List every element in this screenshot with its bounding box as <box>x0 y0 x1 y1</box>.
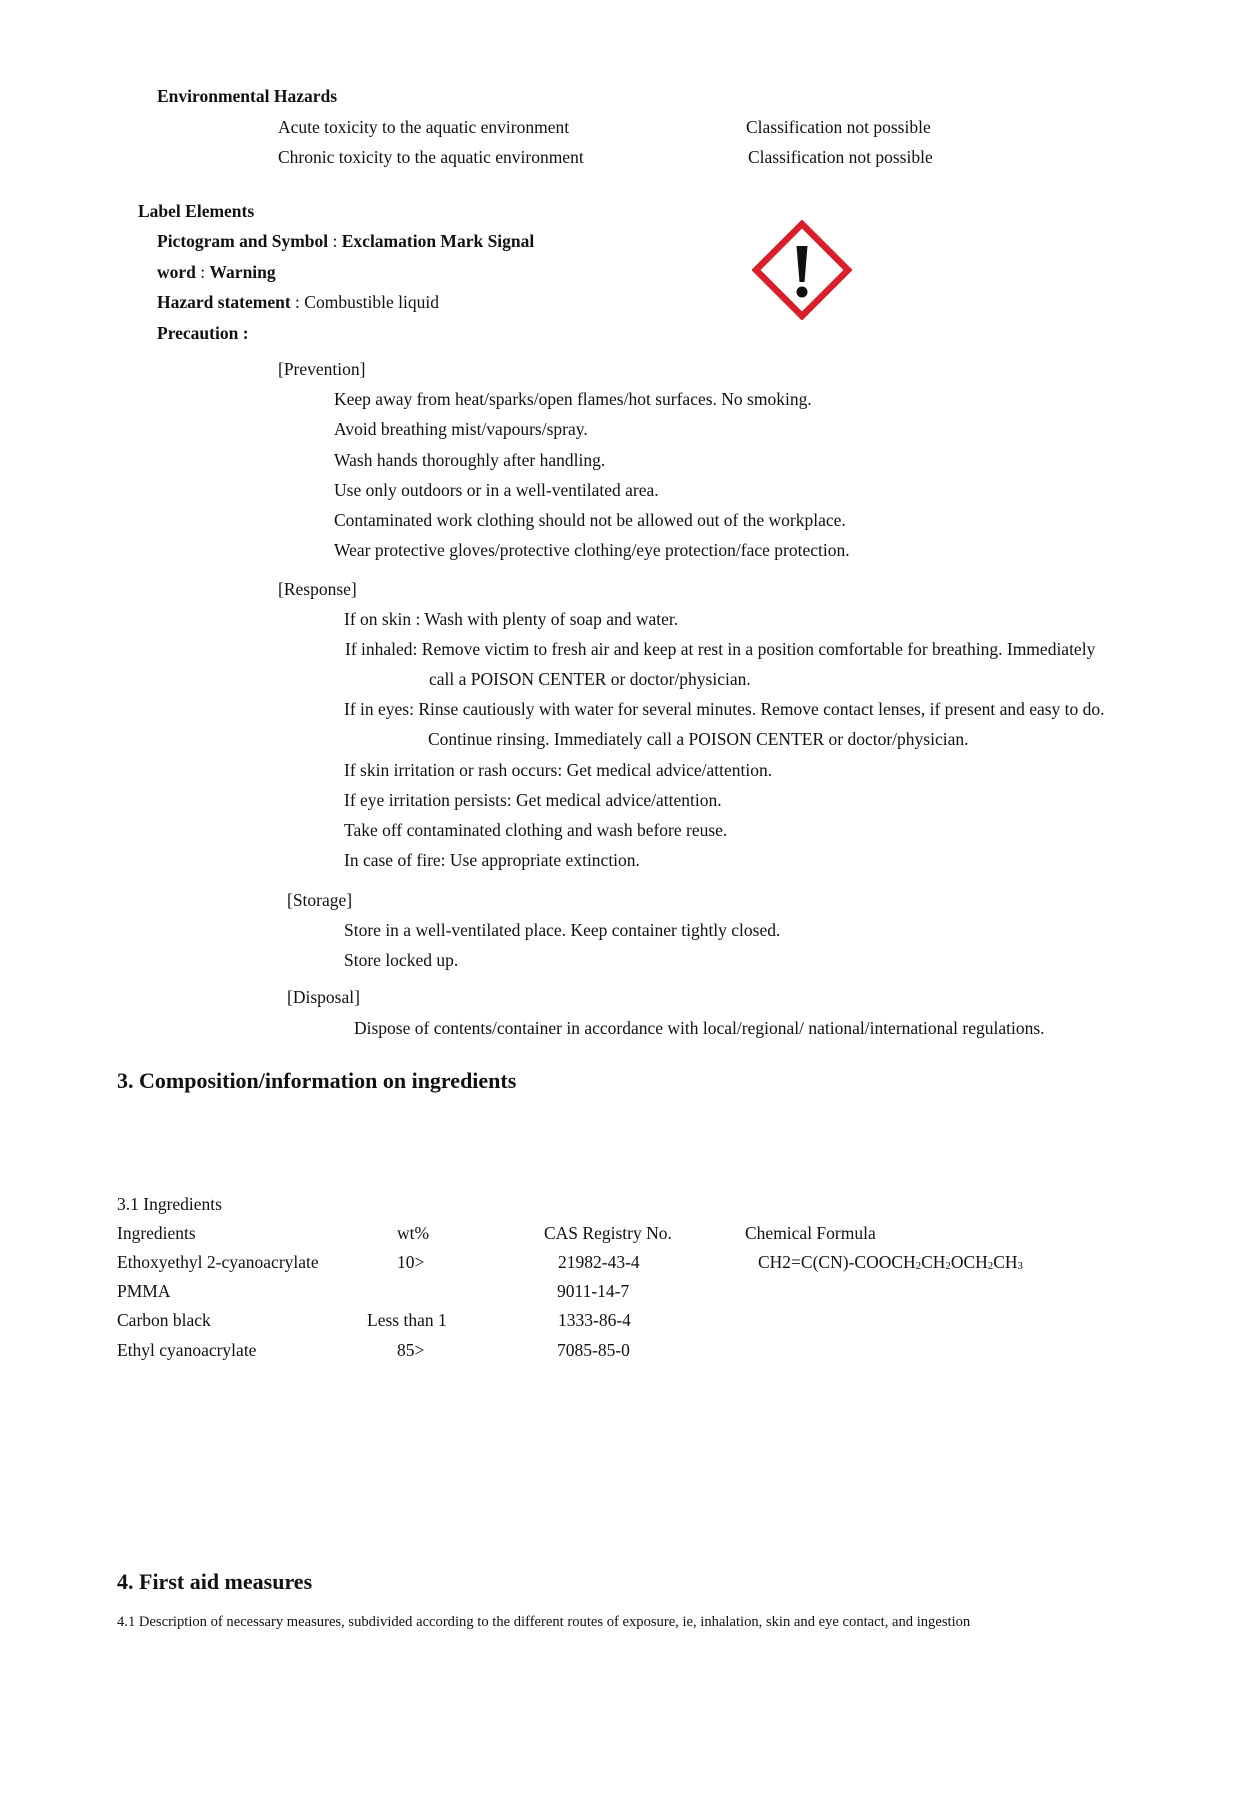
ingredient-wt: 85> <box>397 1342 424 1360</box>
ingredient-name: Carbon black <box>117 1312 211 1330</box>
signal-word-line: word : Warning <box>157 264 276 282</box>
response-item: If inhaled: Remove victim to fresh air a… <box>345 641 1095 659</box>
response-item: Take off contaminated clothing and wash … <box>344 822 727 840</box>
ingredient-cas: 7085-85-0 <box>557 1342 630 1360</box>
response-item: If on skin : Wash with plenty of soap an… <box>344 611 678 629</box>
response-item: Continue rinsing. Immediately call a POI… <box>428 731 968 749</box>
ingredient-formula: CH2=C(CN)-COOCH2CH2OCH2CH3 <box>758 1254 1023 1272</box>
disposal-item: Dispose of contents/container in accorda… <box>354 1020 1045 1038</box>
ingredient-wt: 10> <box>397 1254 424 1272</box>
pictogram-label: Pictogram and Symbol <box>157 231 328 251</box>
prevention-item: Use only outdoors or in a well-ventilate… <box>334 482 659 500</box>
ingredient-name: PMMA <box>117 1283 171 1301</box>
ingredients-subheading: 3.1 Ingredients <box>117 1196 222 1214</box>
column-header-wt: wt% <box>397 1225 429 1243</box>
acute-toxicity-label: Acute toxicity to the aquatic environmen… <box>278 119 569 137</box>
separator: : <box>291 292 305 312</box>
response-item: If in eyes: Rinse cautiously with water … <box>344 701 1105 719</box>
ingredient-name: Ethyl cyanoacrylate <box>117 1342 256 1360</box>
separator: : <box>196 262 210 282</box>
ingredient-cas: 9011-14-7 <box>557 1283 629 1301</box>
chronic-toxicity-label: Chronic toxicity to the aquatic environm… <box>278 149 584 167</box>
hazard-label: Hazard statement <box>157 292 291 312</box>
column-header-formula: Chemical Formula <box>745 1225 876 1243</box>
response-item: In case of fire: Use appropriate extinct… <box>344 852 640 870</box>
hazard-value: Combustible liquid <box>304 292 439 312</box>
acute-toxicity-value: Classification not possible <box>746 119 931 137</box>
ingredient-name: Ethoxyethyl 2-cyanoacrylate <box>117 1254 319 1272</box>
separator: : <box>328 231 342 251</box>
first-aid-description: 4.1 Description of necessary measures, s… <box>117 1615 970 1630</box>
response-item: If skin irritation or rash occurs: Get m… <box>344 762 772 780</box>
signal-value: Warning <box>210 262 276 282</box>
response-item: call a POISON CENTER or doctor/physician… <box>429 671 751 689</box>
section-3-heading: 3. Composition/information on ingredient… <box>117 1070 516 1092</box>
prevention-item: Wash hands thoroughly after handling. <box>334 452 605 470</box>
response-item: If eye irritation persists: Get medical … <box>344 792 722 810</box>
prevention-item: Avoid breathing mist/vapours/spray. <box>334 421 588 439</box>
chronic-toxicity-value: Classification not possible <box>748 149 933 167</box>
hazard-statement-line: Hazard statement : Combustible liquid <box>157 294 439 312</box>
pictogram-value: Exclamation Mark Signal <box>342 231 535 251</box>
storage-heading: [Storage] <box>287 892 352 910</box>
section-4-heading: 4. First aid measures <box>117 1571 312 1593</box>
ingredient-cas: 1333-86-4 <box>558 1312 631 1330</box>
column-header-ingredients: Ingredients <box>117 1225 196 1243</box>
storage-item: Store in a well-ventilated place. Keep c… <box>344 922 780 940</box>
storage-item: Store locked up. <box>344 952 458 970</box>
disposal-heading: [Disposal] <box>287 989 360 1007</box>
column-header-cas: CAS Registry No. <box>544 1225 672 1243</box>
prevention-item: Wear protective gloves/protective clothi… <box>334 542 850 560</box>
precaution-label: Precaution : <box>157 325 249 343</box>
environmental-hazards-heading: Environmental Hazards <box>157 88 337 106</box>
prevention-item: Contaminated work clothing should not be… <box>334 512 846 530</box>
label-elements-heading: Label Elements <box>138 203 254 221</box>
prevention-heading: [Prevention] <box>278 361 365 379</box>
signal-label: word <box>157 262 196 282</box>
response-heading: [Response] <box>278 581 357 599</box>
ingredient-cas: 21982-43-4 <box>558 1254 640 1272</box>
pictogram-line: Pictogram and Symbol : Exclamation Mark … <box>157 233 534 251</box>
ingredient-wt: Less than 1 <box>367 1312 447 1330</box>
ghs-exclamation-mark-icon <box>752 220 852 320</box>
prevention-item: Keep away from heat/sparks/open flames/h… <box>334 391 812 409</box>
